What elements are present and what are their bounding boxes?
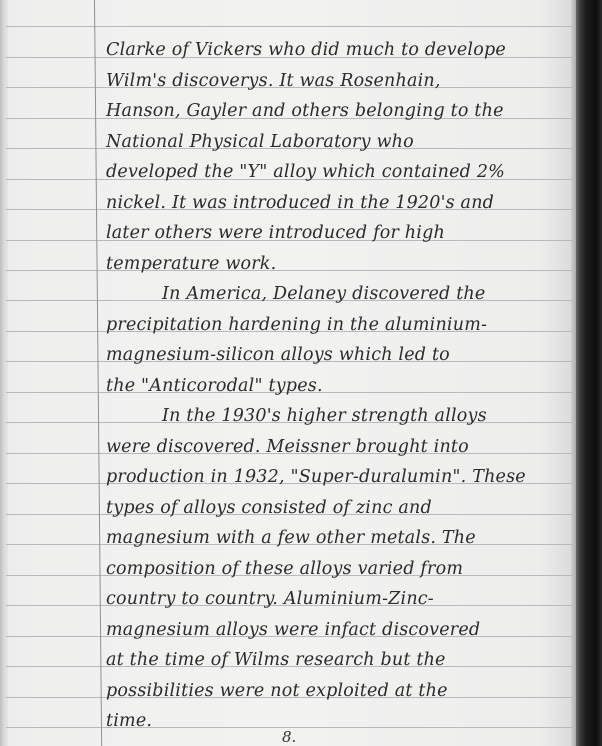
text-line: developed the "Y" alloy which contained … [106,157,576,188]
handwritten-text: Clarke of Vickers who did much to develo… [106,35,576,737]
ruled-line [6,26,576,27]
notebook-page: Clarke of Vickers who did much to develo… [0,0,576,746]
text-line: country to country. Aluminium-Zinc- [106,584,576,615]
text-line: temperature work. [106,249,576,280]
text-line: magnesium-silicon alloys which led to [106,340,576,371]
text-line: magnesium with a few other metals. The [106,523,576,554]
text-line: the "Anticorodal" types. [106,371,576,402]
text-line: were discovered. Meissner brought into [106,432,576,463]
text-line: at the time of Wilms research but the [106,645,576,676]
paragraph-start-line: In the 1930's higher strength alloys [106,401,576,432]
text-line: nickel. It was introduced in the 1920's … [106,188,576,219]
margin-line [94,0,102,746]
text-line: composition of these alloys varied from [106,554,576,585]
text-line: National Physical Laboratory who [106,127,576,158]
text-line: possibilities were not exploited at the [106,676,576,707]
text-line: types of alloys consisted of zinc and [106,493,576,524]
paragraph-start-line: In America, Delaney discovered the [106,279,576,310]
text-line: Wilm's discoverys. It was Rosenhain, [106,66,576,97]
text-line: precipitation hardening in the aluminium… [106,310,576,341]
text-line: later others were introduced for high [106,218,576,249]
notebook-binding-edge [576,0,602,746]
text-line: Hanson, Gayler and others belonging to t… [106,96,576,127]
page-left-edge [0,0,8,746]
text-line: production in 1932, "Super-duralumin". T… [106,462,576,493]
text-line: time. [106,706,576,737]
page-number: 8. [282,728,296,746]
text-line: magnesium alloys were infact discovered [106,615,576,646]
text-line: Clarke of Vickers who did much to develo… [106,35,576,66]
